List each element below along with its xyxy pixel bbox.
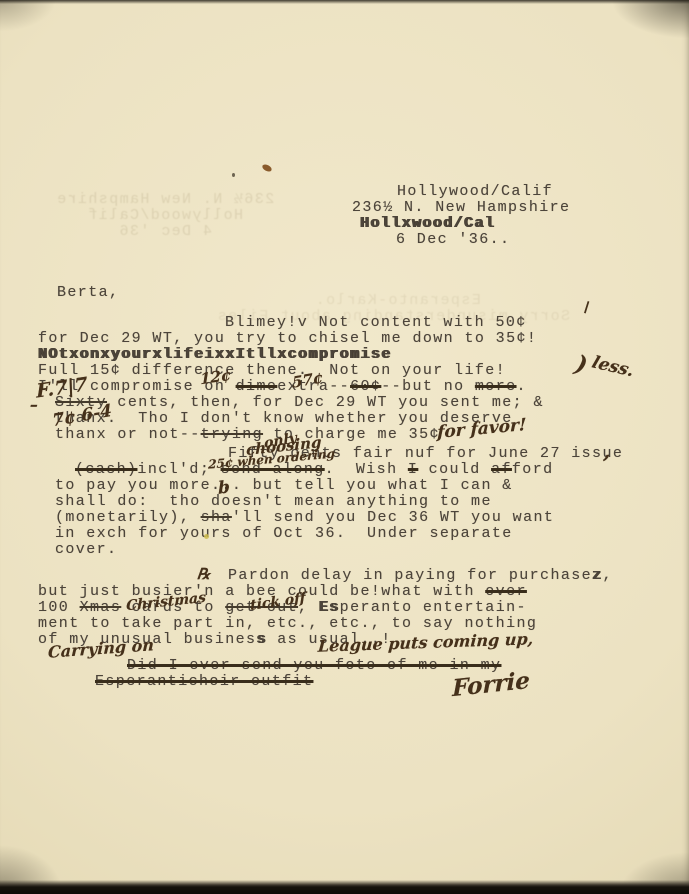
body-line: Sixty cents, then, for Dec 29 WT you sen… <box>55 395 544 411</box>
scan-edge-bottom <box>0 880 689 894</box>
typed-text: for Dec 29 WT, you try to chisel me down… <box>38 330 537 347</box>
body-line: for Dec 29 WT, you try to chisel me down… <box>38 331 537 347</box>
return-address-city: Hollywood/Calif <box>397 184 553 200</box>
typed-text: in exch for yours of Oct 36. Under separ… <box>55 525 513 542</box>
typed-st2-segment: (cash) <box>75 461 137 478</box>
typed-st2-segment: Esperantichoir outfit <box>95 673 313 690</box>
hand-paragraph-mark: ℞ <box>196 565 211 583</box>
struck-postscript-line: Esperantichoir outfit <box>95 674 313 690</box>
bleedthrough-line: Hollywood/Calif <box>55 208 275 224</box>
ink-spot <box>261 163 273 173</box>
bleedthrough-body: Esperanto-Karlo.Sorry misunderstanding a… <box>225 293 570 325</box>
typed-text: 'll send you Dec 36 WT you want <box>232 509 554 526</box>
typed-ot-segment: NOtxonxyourxlifeixxItllxcompromise <box>38 346 392 363</box>
body-line: (cash)incl'd; send along. Wish I could a… <box>75 462 554 478</box>
overtyped-crossout-line: NOtxonxyourxlifeixxItllxcompromise <box>38 347 392 363</box>
typed-ot-segment: Es <box>319 599 340 616</box>
return-address-overtyped: Hollxwood/Cal <box>360 216 495 232</box>
typed-text: Berta, <box>57 284 119 301</box>
body-line: shall do: tho doesn't mean anything to m… <box>55 494 492 510</box>
body-line: cover. <box>55 542 117 558</box>
typed-st-segment: Xmas <box>80 599 122 616</box>
struck-postscript-line: Did I ever send you foto of me in my <box>127 658 501 674</box>
typed-text: Hollywood/Calif <box>397 183 553 200</box>
typed-st2-segment: I <box>408 461 418 478</box>
bleedthrough-line: 4 Dec '36 <box>55 224 275 240</box>
typed-text: 6 Dec '36.. <box>396 231 510 248</box>
typed-text: cover. <box>55 541 117 558</box>
salutation: Berta, <box>57 285 119 301</box>
body-line: Full 15¢ difference thene. Not on your l… <box>38 363 506 379</box>
body-line: in exch for yours of Oct 36. Under separ… <box>55 526 513 542</box>
typed-text: 236½ N. New Hampshire <box>352 199 570 216</box>
typed-text: 100 <box>38 599 80 616</box>
typed-text: , <box>602 567 612 584</box>
typed-st2-segment: dime <box>236 378 278 395</box>
typed-text: (monetarily), <box>55 509 201 526</box>
letter-page: Hollywood/Calif236½ N. New HampshireHoll… <box>0 0 689 894</box>
typed-st-segment: sha <box>201 509 232 526</box>
typed-text: shall do: tho doesn't mean anything to m… <box>55 493 492 510</box>
typed-text: Pardon delay in paying for purchase <box>228 567 592 584</box>
typed-st2-segment: over <box>485 583 527 600</box>
bleedthrough-line: Esperanto-Karlo. <box>225 293 570 309</box>
body-line: Pardon delay in paying for purchasez, <box>228 568 613 584</box>
typed-text: . <box>517 378 527 395</box>
date-line: 6 Dec '36.. <box>396 232 510 248</box>
typed-ot-segment: Hollxwood/Cal <box>360 215 495 232</box>
typed-text: peranto entertain- <box>340 599 527 616</box>
body-line: to pay you more... but tell you what I c… <box>55 478 513 494</box>
hand-tick-mark: \ <box>580 298 593 316</box>
typed-st2-segment: 60¢ <box>350 378 381 395</box>
typed-text: Full 15¢ difference thene. Not on your l… <box>38 362 506 379</box>
hand-paren: ) <box>572 351 590 379</box>
typed-st2-segment: more <box>475 378 517 395</box>
typed-text: thanx or not-- <box>55 426 201 443</box>
typed-text: ford <box>512 461 554 478</box>
body-line: ment to take part in, etc., etc., to say… <box>38 616 537 632</box>
bleedthrough-line: 236½ N. New Hampshire <box>55 192 275 208</box>
hand-note-less: less. <box>589 353 637 382</box>
typed-st2-segment: Did I ever send you foto of me in my <box>127 657 501 674</box>
typed-text: to pay you more... but tell you what I c… <box>55 477 513 494</box>
typed-text: --but no <box>381 378 475 395</box>
body-line: I'll compromise on dimeextra--60¢--but n… <box>38 379 527 395</box>
typed-st2-segment: af <box>491 461 512 478</box>
bleedthrough-address: 236½ N. New HampshireHollywood/Calif4 De… <box>55 192 275 240</box>
typed-text: . Wish <box>325 461 408 478</box>
body-line: (monetarily), sha'll send you Dec 36 WT … <box>55 510 554 526</box>
bleedthrough-line: Sorry misunderstanding about Files <box>225 309 570 325</box>
typed-text: cents, then, for Dec 29 WT you sent me; … <box>107 394 544 411</box>
return-address-street: 236½ N. New Hampshire <box>352 200 570 216</box>
ink-speck <box>232 173 235 177</box>
typed-text: could <box>418 461 491 478</box>
typed-text: ment to take part in, etc., etc., to say… <box>38 615 537 632</box>
typed-ot-segment: s <box>256 631 266 648</box>
yellow-speck <box>204 534 209 539</box>
hand-letter-b-correction: b <box>218 477 230 499</box>
typed-ot-segment: z <box>592 567 602 584</box>
